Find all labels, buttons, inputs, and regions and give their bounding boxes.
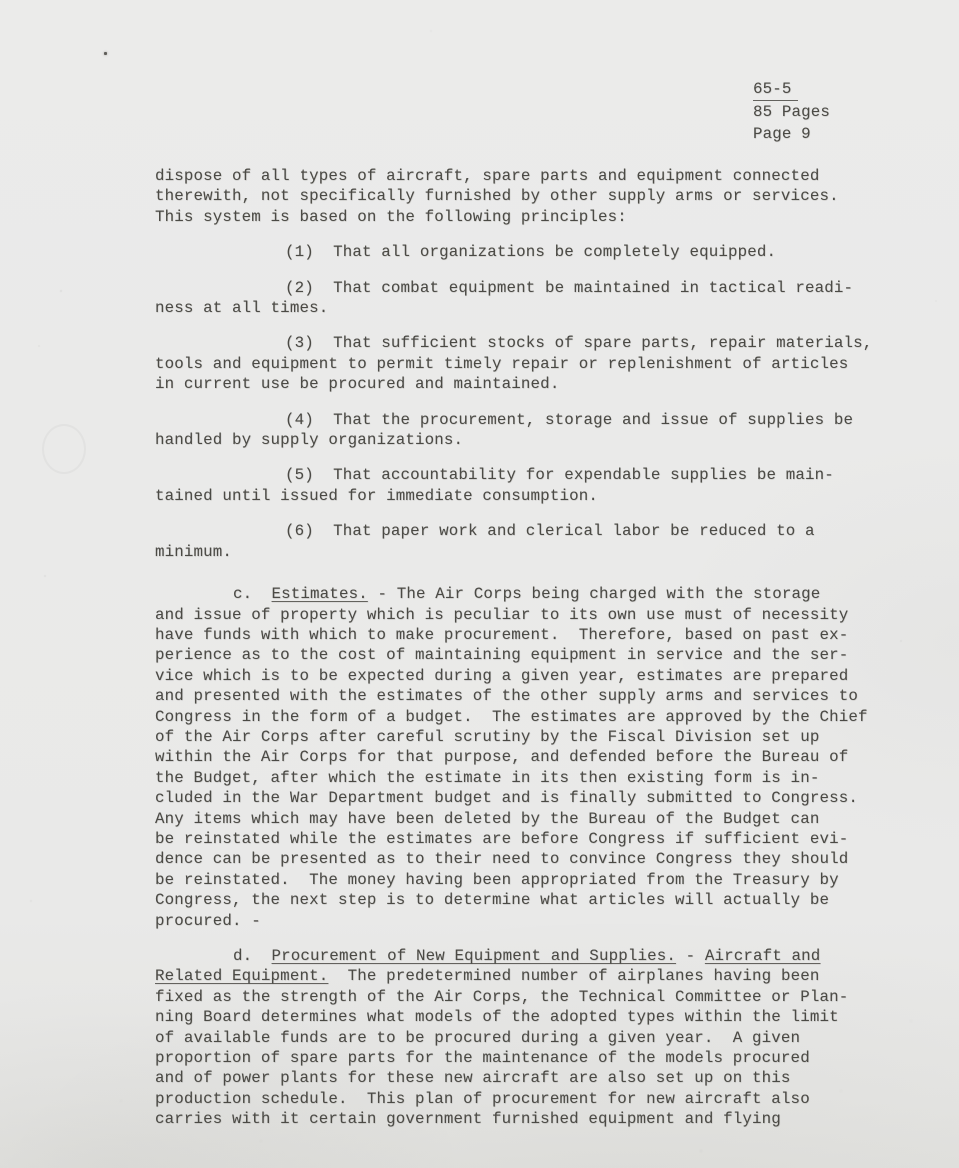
section-c-heading: Estimates. bbox=[272, 585, 368, 603]
list-item-2: (2) That combat equipment be maintained … bbox=[155, 278, 927, 319]
document-body: dispose of all types of aircraft, spare … bbox=[155, 166, 927, 1145]
section-c-label: c. bbox=[233, 585, 252, 603]
section-c-body: - The Air Corps being charged with the s… bbox=[155, 585, 868, 930]
list-item-6: (6) That paper work and clerical labor b… bbox=[155, 521, 927, 562]
document-number: 65-5 bbox=[753, 78, 830, 101]
scan-noise bbox=[0, 0, 2, 2]
page-header: 65-585 PagesPage 9 bbox=[753, 78, 830, 145]
document-page: 65-585 PagesPage 9 dispose of all types … bbox=[0, 0, 959, 1168]
section-d-separator: - bbox=[676, 947, 705, 965]
page-number: Page 9 bbox=[753, 123, 830, 145]
list-item-3: (3) That sufficient stocks of spare part… bbox=[155, 333, 927, 394]
scan-speck bbox=[104, 52, 107, 55]
document-number-text: 65-5 bbox=[753, 78, 798, 101]
paragraph-intro: dispose of all types of aircraft, spare … bbox=[155, 166, 927, 227]
list-item-4: (4) That the procurement, storage and is… bbox=[155, 410, 927, 451]
section-d-heading-continued: Related Equipment. bbox=[155, 967, 328, 985]
section-d-body: Related Equipment. The predetermined num… bbox=[155, 966, 927, 1129]
label-gap bbox=[252, 947, 271, 965]
list-item-1: (1) That all organizations be completely… bbox=[155, 242, 927, 262]
section-d-heading-primary: Procurement of New Equipment and Supplie… bbox=[272, 947, 676, 965]
scan-ring-stain bbox=[42, 424, 86, 474]
section-d-heading-line: d. Procurement of New Equipment and Supp… bbox=[155, 946, 927, 966]
total-pages: 85 Pages bbox=[753, 101, 830, 123]
list-item-5: (5) That accountability for expendable s… bbox=[155, 465, 927, 506]
section-c-estimates: c. Estimates. - The Air Corps being char… bbox=[155, 584, 927, 931]
section-d-body-text: The predetermined number of airplanes ha… bbox=[155, 967, 848, 1128]
section-d-label: d. bbox=[233, 947, 252, 965]
label-gap bbox=[252, 585, 271, 603]
section-d-heading-secondary: Aircraft and bbox=[705, 947, 821, 965]
